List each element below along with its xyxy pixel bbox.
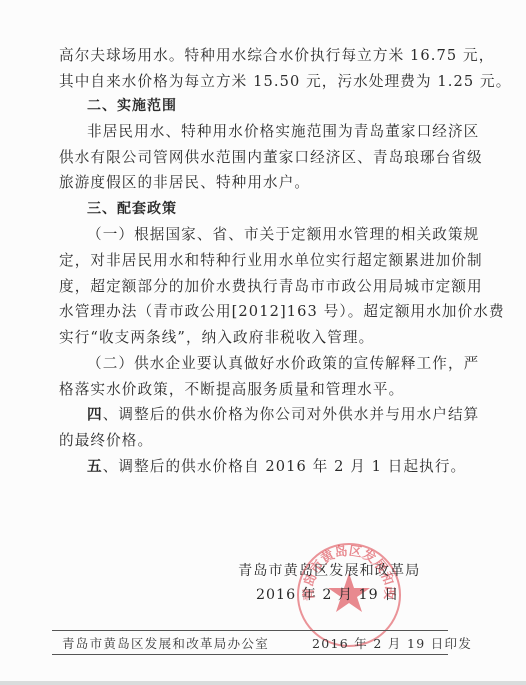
section-four: 四、调整后的供水价格为你公司对外供水并与用水户结算 [87, 406, 479, 424]
section-five-lead: 五 [87, 458, 103, 475]
section-heading-policy: 三、配套政策 [87, 200, 177, 218]
body-line: 格落实水价政策，不断提高服务质量和管理水平。 [59, 381, 404, 399]
body-line: 实行“收支两条线”，纳入政府非税收入管理。 [59, 329, 374, 347]
body-line: 定，对非居民用水和特种行业用水单位实行超定额累进加价制 [59, 252, 483, 270]
section-four-text: 、调整后的供水价格为你公司对外供水并与用水户结算 [103, 406, 480, 423]
signature-date: 2016 年 2 月 19 日 [256, 584, 399, 604]
body-line: 供水有限公司管网供水范围内董家口经济区、青岛琅琊台省级 [59, 149, 483, 167]
footer-office: 青岛市黄岛区发展和改革局办公室 [62, 634, 269, 652]
body-line: 旅游度假区的非居民、特种用水户。 [59, 174, 310, 192]
footer-issue-date: 2016 年 2 月 19 日印发 [312, 634, 472, 652]
body-line: （二）供水企业要认真做好水价政策的宣传解释工作，严 [87, 355, 479, 373]
footer-bottom-rule [52, 654, 448, 655]
section-five-text: 、调整后的供水价格自 2016 年 2 月 1 日起执行。 [103, 458, 467, 475]
section-heading-scope: 二、实施范围 [87, 97, 177, 115]
issuer-signature: 青岛市黄岛区发展和改革局 [238, 560, 420, 580]
body-line: 的最终价格。 [59, 432, 153, 450]
body-line: 高尔夫球场用水。特种用水综合水价执行每立方米 16.75 元， [59, 47, 494, 65]
document-page: 高尔夫球场用水。特种用水综合水价执行每立方米 16.75 元， 其中自来水价格为… [0, 0, 526, 681]
body-line: 水管理办法（青市政公用[2012]163 号）。超定额用水加价水费 [59, 303, 505, 321]
page-bottom-edge [0, 681, 526, 685]
body-line: 非居民用水、特种用水价格实施范围为青岛董家口经济区 [87, 123, 479, 141]
section-five: 五、调整后的供水价格自 2016 年 2 月 1 日起执行。 [87, 458, 466, 476]
footer-top-rule [52, 630, 448, 631]
section-four-lead: 四 [87, 406, 103, 423]
body-line: （一）根据国家、省、市关于定额用水管理的相关政策规 [87, 226, 479, 244]
body-line: 其中自来水价格为每立方米 15.50 元，污水处理费为 1.25 元。 [59, 73, 511, 91]
body-line: 度，超定额部分的加价水费执行青岛市市政公用局城市定额用 [59, 278, 483, 296]
